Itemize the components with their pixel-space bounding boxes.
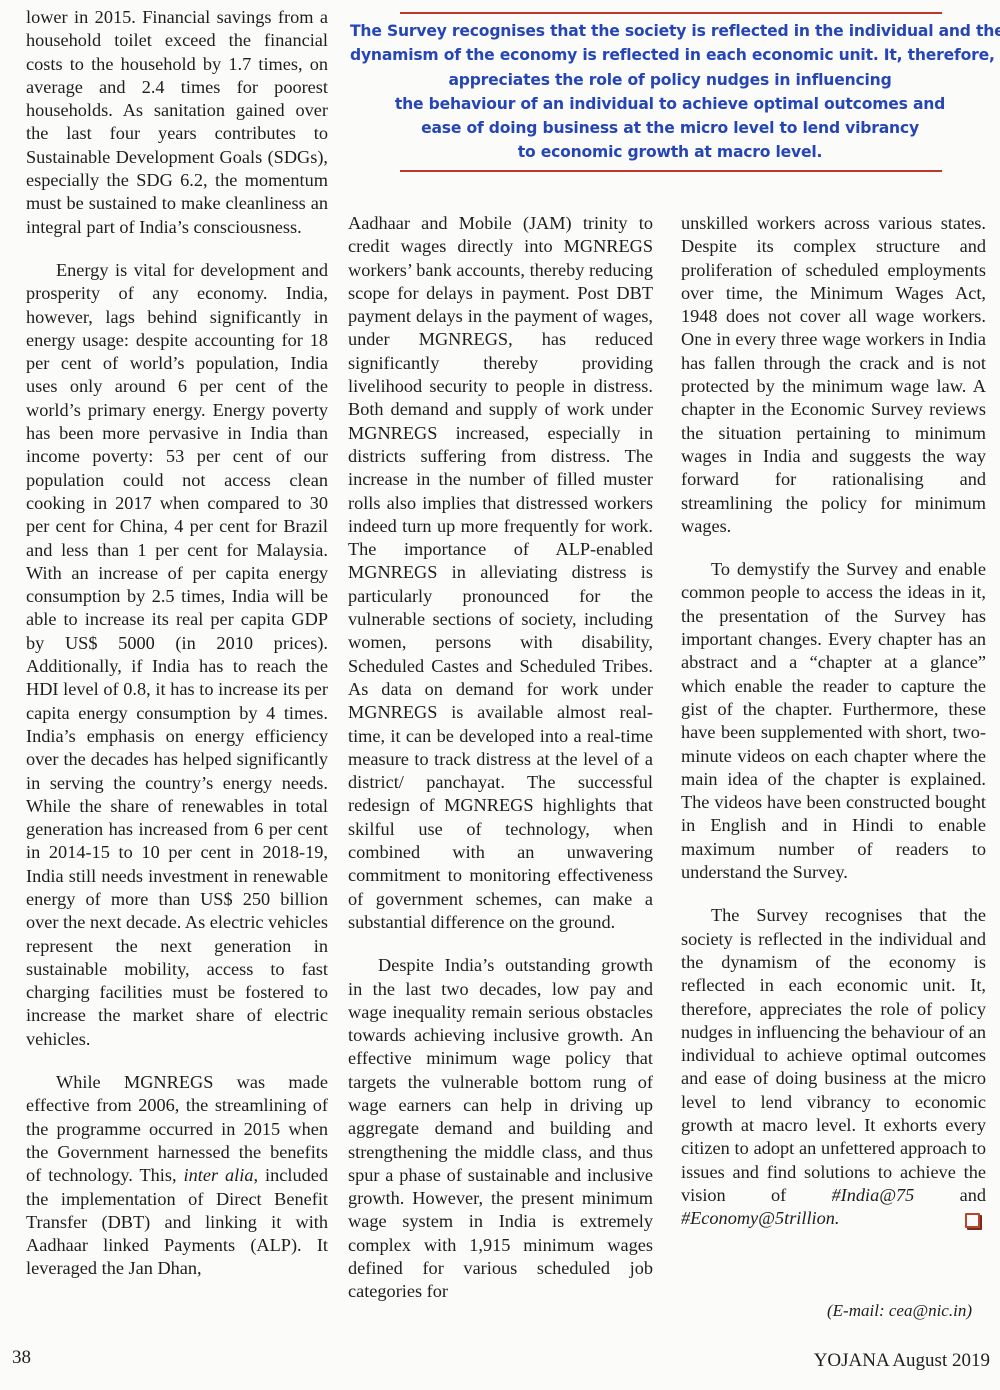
- pull-quote-line: the behaviour of an individual to achiev…: [350, 92, 990, 116]
- column-3: unskilled workers across various states.…: [681, 212, 986, 1230]
- paragraph-minimum-wage: Despite India’s outstanding growth in th…: [348, 954, 653, 1303]
- inter-alia-italic: inter alia: [184, 1165, 254, 1185]
- paragraph-demystify-survey: To demystify the Survey and enable commo…: [681, 558, 986, 884]
- paragraph-energy: Energy is vital for development and pros…: [26, 259, 328, 1051]
- hashtag-economy5trillion: #Economy@5trillion.: [681, 1208, 839, 1228]
- column-2: Aadhaar and Mobile (JAM) trinity to cred…: [348, 212, 653, 1304]
- pull-quote-line: dynamism of the economy is reflected in …: [350, 43, 990, 67]
- pull-quote-line: to economic growth at macro level.: [350, 140, 990, 164]
- paragraph-sanitation: lower in 2015. Financial savings from a …: [26, 6, 328, 239]
- pull-quote-bottom-rule: [400, 170, 942, 172]
- magazine-page: The Survey recognises that the society i…: [0, 0, 1000, 1390]
- pull-quote-line: ease of doing business at the micro leve…: [350, 116, 990, 140]
- page-number: 38: [12, 1347, 31, 1369]
- pull-quote: The Survey recognises that the society i…: [350, 12, 990, 172]
- pull-quote-line: The Survey recognises that the society i…: [350, 19, 990, 43]
- column-1: lower in 2015. Financial savings from a …: [26, 6, 328, 1281]
- end-of-article-box-icon: [965, 1213, 980, 1228]
- paragraph-survey-recognises: The Survey recognises that the society i…: [681, 904, 986, 1230]
- hashtag-india75: #India@75: [831, 1185, 914, 1205]
- pull-quote-line: appreciates the role of policy nudges in…: [350, 68, 990, 92]
- paragraph-minimum-wages-act: unskilled workers across various states.…: [681, 212, 986, 538]
- publication-footer: YOJANA August 2019: [814, 1350, 990, 1372]
- paragraph-jam-trinity: Aadhaar and Mobile (JAM) trinity to cred…: [348, 212, 653, 934]
- author-email: (E-mail: cea@nic.in): [827, 1301, 972, 1321]
- paragraph-mgnregs: While MGNREGS was made effective from 20…: [26, 1071, 328, 1281]
- pull-quote-top-rule: [400, 12, 942, 14]
